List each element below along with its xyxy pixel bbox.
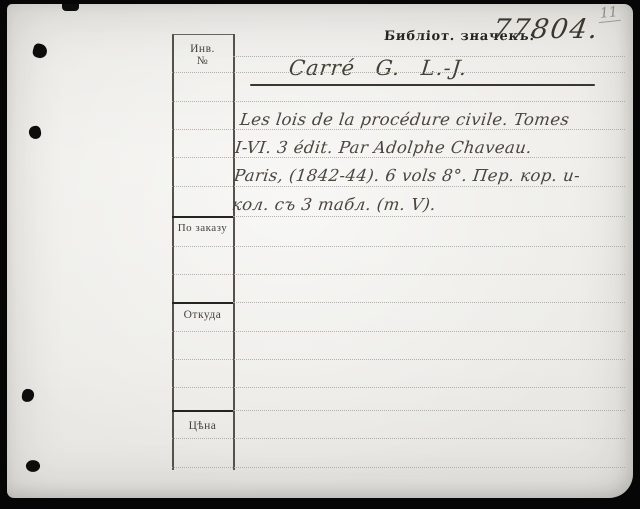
ruled-line [172, 246, 625, 247]
description-line: Paris, (1842-44). 6 vols 8°. Пер. кор. и… [233, 166, 581, 185]
ruled-line [172, 359, 625, 360]
ruled-line [172, 438, 625, 439]
form-label-inventory-line1: Инв. [172, 43, 233, 55]
ruled-line [172, 274, 625, 275]
form-label-price: Цѣна [172, 420, 233, 432]
form-label-inventory-number: Инв. № [172, 43, 233, 67]
description-line: I-VI. 3 édit. Par Adolphe Chaveau. [234, 138, 533, 157]
ruled-line [172, 387, 625, 388]
ruled-line [172, 34, 233, 35]
accession-number-handwritten: 77804. [491, 14, 602, 45]
punch-hole-mark [28, 125, 42, 140]
ruled-line [233, 410, 625, 411]
form-column-left-rule [172, 34, 174, 470]
catalog-card: Инв. № По заказу Откуда Цѣна Библіот. зн… [7, 4, 633, 498]
ruled-line [172, 331, 625, 332]
ruled-line [172, 101, 625, 102]
ruled-line [172, 157, 625, 158]
punch-hole-mark [21, 388, 35, 403]
ruled-line [172, 186, 625, 187]
form-label-inventory-line2: № [172, 55, 233, 67]
punch-hole-mark [31, 42, 48, 59]
form-section-divider-rule [172, 410, 233, 412]
author-heading-handwritten: Carré G. L.-J. [288, 56, 469, 80]
punch-hole-mark [25, 458, 41, 473]
ruled-line [233, 56, 625, 57]
form-column-right-rule [233, 34, 235, 470]
ruled-line [172, 467, 625, 468]
form-label-by-order: По заказу [172, 222, 233, 234]
description-line: кол. съ 3 табл. (т. V). [231, 195, 437, 214]
scanned-catalog-card-page: Инв. № По заказу Откуда Цѣна Библіот. зн… [0, 0, 640, 509]
author-heading-underline [250, 84, 595, 86]
ruled-line [172, 72, 625, 73]
form-section-divider-rule [172, 302, 233, 304]
description-line: Les lois de la procédure civile. Tomes [239, 110, 571, 129]
ruled-line [172, 129, 625, 130]
form-label-from-where: Откуда [172, 309, 233, 321]
ruled-line [233, 302, 625, 303]
edge-ink-mark [62, 4, 79, 11]
ruled-line [233, 216, 625, 217]
pencil-page-number: 11 [597, 4, 620, 23]
form-section-divider-rule [172, 216, 233, 218]
